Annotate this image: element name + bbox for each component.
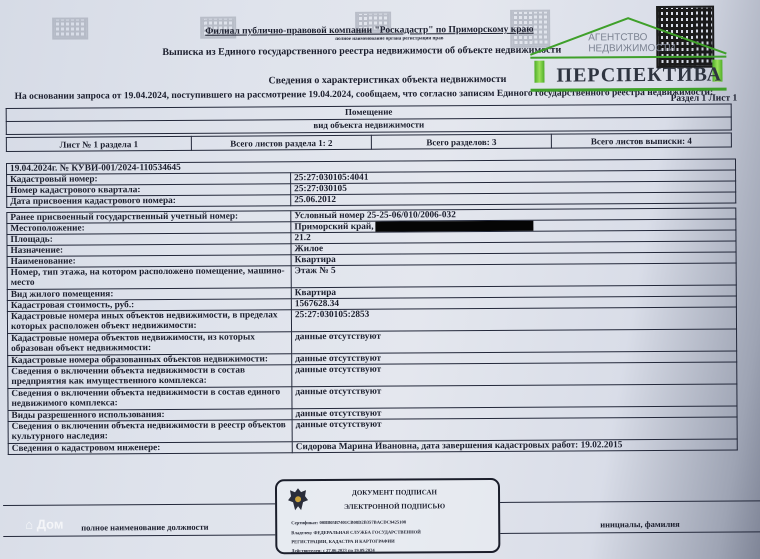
agency-label: АГЕНТСТВО НЕДВИЖИМОСТИ <box>588 32 728 55</box>
document-page: Филиал публично-правовой компании "Роска… <box>0 0 760 559</box>
sheet-meta-table: Лист № 1 раздела 1 Всего листов раздела … <box>6 133 732 152</box>
certificate-owner: Владелец: ФЕДЕРАЛЬНАЯ СЛУЖБА ГОСУДАРСТВЕ… <box>291 529 421 535</box>
row-value: Этаж № 5 <box>291 263 736 288</box>
certificate-owner-2: РЕГИСТРАЦИИ, КАДАСТРА И КАРТОГРАФИИ <box>291 539 394 545</box>
row-label: Сведения о включении объекта недвижимост… <box>8 387 292 411</box>
name-caption: инициалы, фамилия <box>600 519 680 529</box>
site-watermark: ⌂ Дом <box>25 517 63 532</box>
organization-caption: полное наименование органа регистрации п… <box>335 36 443 42</box>
row-value: данные отсутствуют <box>292 417 737 442</box>
row-label: Номер, тип этажа, на котором расположено… <box>7 266 291 290</box>
position-caption: полное наименование должности <box>81 522 208 533</box>
row-label: Сведения о включении объекта недвижимост… <box>8 420 292 444</box>
row-label: Сведения о включении объекта недвижимост… <box>8 365 292 389</box>
row-value: данные отсутствуют <box>292 329 737 354</box>
row-value: Сидорова Марина Ивановна, дата завершени… <box>292 439 737 453</box>
signed-line-2: ЭЛЕКТРОННОЙ ПОДПИСЬЮ <box>344 502 445 511</box>
row-value: данные отсутствуют <box>292 384 737 409</box>
signed-line-1: ДОКУМЕНТ ПОДПИСАН <box>352 488 437 497</box>
certificate-number: Сертификат: 00BB05B7401CB08D2B357BACDC94… <box>291 520 406 526</box>
row-label: Сведения о кадастровом инженере: <box>8 442 292 455</box>
registry-organization: Филиал публично-правовой компании "Роска… <box>205 25 533 37</box>
redacted-address <box>376 221 534 232</box>
logo-line <box>531 88 727 92</box>
row-value: 25:27:030105:2853 <box>291 307 736 332</box>
row-value: данные отсутствуют <box>292 362 737 387</box>
object-type-table: Помещение вид объекта недвижимости <box>6 104 732 135</box>
logo-line <box>530 56 726 59</box>
section-title: Сведения о характеристиках объекта недви… <box>268 74 506 86</box>
characteristics-table: 19.04.2024г. № КУВИ-001/2024-110534645 К… <box>6 159 738 456</box>
row-label: Кадастровые номера объектов недвижимости… <box>8 332 292 356</box>
sheets-total: Всего листов выписки: 4 <box>551 133 731 148</box>
row-label: Кадастровые номера иных объектов недвижи… <box>7 310 291 334</box>
certificate-validity: Действителен: с 27.06.2023 по 19.09.2024 <box>291 548 374 554</box>
qr-code-faded <box>52 17 88 39</box>
location-text: Приморский край, <box>294 222 373 232</box>
document-title: Выписка из Единого государственного реес… <box>162 45 561 58</box>
agency-brand: ПЕРСПЕКТИВА <box>556 64 722 88</box>
sheets-in-section: Всего листов раздела 1: 2 <box>191 135 371 150</box>
coat-of-arms-icon <box>287 486 309 512</box>
electronic-signature-stamp: ДОКУМЕНТ ПОДПИСАН ЭЛЕКТРОННОЙ ПОДПИСЬЮ С… <box>275 478 500 554</box>
agency-logo-watermark: АГЕНТСТВО НЕДВИЖИМОСТИ ПЕРСПЕКТИВА <box>528 16 728 99</box>
column-icon <box>534 61 544 83</box>
sheet-number: Лист № 1 раздела 1 <box>6 136 191 151</box>
sections-total: Всего разделов: 3 <box>371 134 551 149</box>
